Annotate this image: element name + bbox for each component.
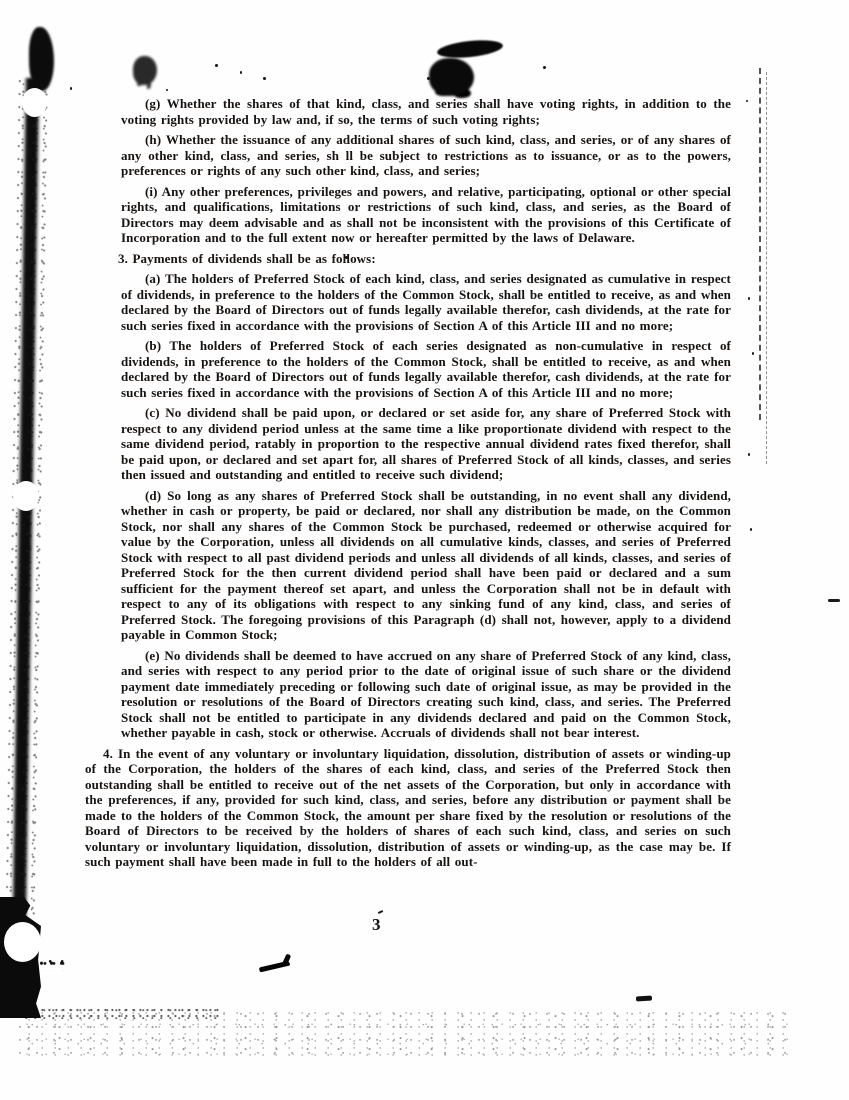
paragraph-a: (a) The holders of Preferred Stock of ea… <box>121 271 731 333</box>
page-number: 3 <box>372 915 381 935</box>
ink-speck <box>215 64 218 67</box>
bottom-dash-mark <box>636 995 652 1001</box>
scan-corner-speckle <box>40 958 66 971</box>
ink-speck <box>427 77 430 80</box>
ink-speck <box>748 297 750 300</box>
paragraph-e: (e) No dividends shall be deemed to have… <box>121 648 731 741</box>
ink-speck <box>752 352 754 355</box>
punch-hole-top <box>22 88 47 117</box>
right-margin-dashed-line-1 <box>759 68 761 420</box>
ink-smudge-top-2 <box>429 58 474 96</box>
ink-speck <box>70 87 72 90</box>
ink-speck <box>748 453 750 456</box>
punch-hole-bottom <box>4 922 41 962</box>
paragraph-d: (d) So long as any shares of Preferred S… <box>121 488 731 643</box>
section-3-heading: 3. Payments of dividends shall be as fol… <box>118 251 731 267</box>
right-margin-dash-mark <box>828 599 840 602</box>
paragraph-i: (i) Any other preferences, privileges an… <box>121 184 731 246</box>
scan-streak-speckle <box>3 80 48 1010</box>
paragraph-c: (c) No dividend shall be paid upon, or d… <box>121 405 731 483</box>
ink-speck <box>240 71 242 74</box>
ink-speck <box>746 100 748 102</box>
scan-noise-band-dense <box>20 1007 220 1019</box>
ink-speck <box>543 66 546 69</box>
paragraph-b: (b) The holders of Preferred Stock of ea… <box>121 338 731 400</box>
paragraph-4: 4. In the event of any voluntary or invo… <box>85 746 731 870</box>
paragraph-h: (h) Whether the issuance of any addition… <box>121 132 731 179</box>
page-number-accent-mark <box>378 910 383 914</box>
ink-speck <box>166 89 168 91</box>
punch-hole-middle <box>13 481 39 511</box>
document-text-column: (g) Whether the shares of that kind, cla… <box>121 96 731 870</box>
right-margin-dashed-line-2 <box>766 72 767 464</box>
ink-smudge-top-3 <box>133 56 157 85</box>
ink-speck <box>263 77 266 80</box>
scanned-document-page: (g) Whether the shares of that kind, cla… <box>0 0 849 1100</box>
paragraph-g: (g) Whether the shares of that kind, cla… <box>121 96 731 127</box>
ink-smudge-top-1 <box>436 38 503 61</box>
ink-speck <box>750 528 752 531</box>
